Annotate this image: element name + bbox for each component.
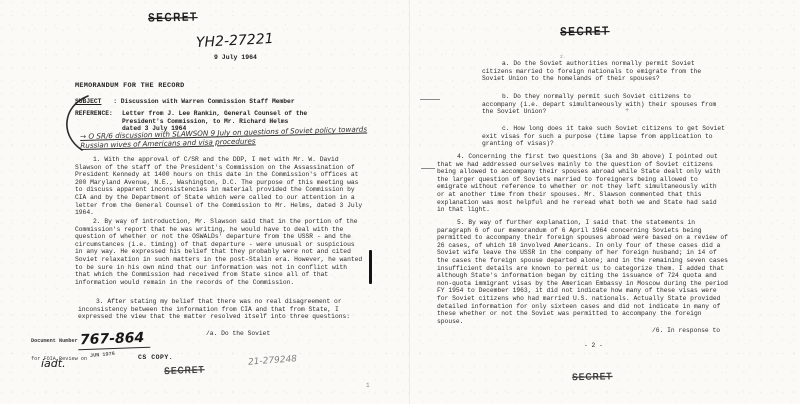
plus-mark-artifact: + <box>625 108 629 116</box>
secret-stamp-bottom-left: SECRET <box>164 363 205 376</box>
margin-underscore-artifact <box>421 168 435 169</box>
faint-page-mark: 1 <box>366 382 370 390</box>
question-b: b. Do they normally permit such Soviet c… <box>482 93 720 116</box>
memo-page-2: SECRET 2. a. Do the Soviet authorities n… <box>412 0 800 404</box>
memo-title: MEMORANDUM FOR THE RECORD <box>75 83 184 91</box>
secret-stamp-top-left: SECRET <box>148 11 198 25</box>
paragraph-4: 4. Concerning the first two questions (3… <box>437 153 727 214</box>
handwritten-document-id: YH2-27221 <box>196 31 274 51</box>
paragraph-2: 2. By way of introduction, Mr. Slawson s… <box>75 218 363 286</box>
memo-date: 9 July 1964 <box>214 54 257 62</box>
paragraph-3: 3. After stating my belief that there wa… <box>78 298 370 321</box>
subject-line: SUBJECT : Discussion with Warren Commiss… <box>75 98 295 106</box>
question-c: c. How long does it take such Soviet cit… <box>482 125 726 148</box>
continuation-line-3a: /a. Do the Soviet <box>206 330 270 338</box>
paragraph-1: 1. With the approval of C/SR and the DDP… <box>75 156 363 217</box>
page-number: - 2 - <box>584 342 603 350</box>
subject-value: : Discussion with Warren Commission Staf… <box>105 98 294 105</box>
continuation-line-6: /6. In response to <box>652 327 720 335</box>
cs-copy-stamp: CS COPY. <box>138 354 173 362</box>
margin-emphasis-bar <box>369 250 372 284</box>
secret-stamp-bottom-right: SECRET <box>572 370 613 382</box>
memo-page-1: SECRET YH2-27221 9 July 1964 MEMORANDUM … <box>28 0 402 404</box>
secret-stamp-top-right: SECRET <box>560 25 610 39</box>
page-gap-divider <box>409 0 410 404</box>
foia-date-stamp: JUN 1976 <box>90 351 115 359</box>
question-a: a. Do the Soviet authorities normally pe… <box>482 60 720 83</box>
handwritten-scribble-number: 21-279248 <box>248 354 298 367</box>
margin-dash-artifact <box>420 99 440 100</box>
scanned-memo-document: SECRET YH2-27221 9 July 1964 MEMORANDUM … <box>0 0 800 404</box>
document-number-label: Document Number <box>31 338 78 344</box>
handwritten-document-number: 767-864 <box>78 330 151 351</box>
paragraph-5: 5. By way of further explanation, I said… <box>437 219 729 325</box>
handwritten-initials: iadt. <box>41 357 66 370</box>
